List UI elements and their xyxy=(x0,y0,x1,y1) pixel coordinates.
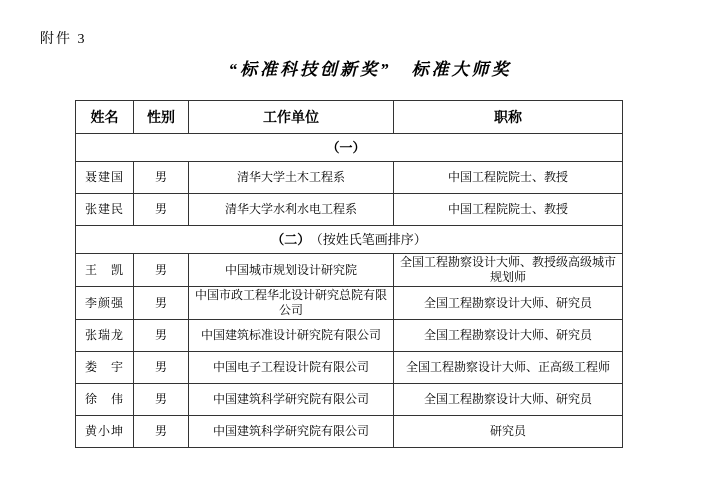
cell-name: 聂建国 xyxy=(76,162,134,194)
cell-title: 中国工程院院士、教授 xyxy=(394,162,623,194)
header-title: 职称 xyxy=(394,101,623,134)
table-row: 李颜强 男 中国市政工程华北设计研究总院有限公司 全国工程勘察设计大师、研究员 xyxy=(76,287,623,320)
header-unit: 工作单位 xyxy=(189,101,394,134)
cell-title: 全国工程勘察设计大师、研究员 xyxy=(394,320,623,352)
cell-title: 全国工程勘察设计大师、教授级高级城市规划师 xyxy=(394,254,623,287)
cell-name: 徐 伟 xyxy=(76,384,134,416)
section-row-2: （二）（按姓氏笔画排序） xyxy=(76,226,623,254)
cell-gender: 男 xyxy=(134,254,189,287)
document-page: { "page": { "attachment_label": "附件 3", … xyxy=(0,0,710,491)
section-1-cell: （一） xyxy=(76,134,623,162)
cell-unit: 中国城市规划设计研究院 xyxy=(189,254,394,287)
cell-unit: 中国市政工程华北设计研究总院有限公司 xyxy=(189,287,394,320)
cell-name: 张建民 xyxy=(76,194,134,226)
cell-title: 全国工程勘察设计大师、正高级工程师 xyxy=(394,352,623,384)
table-row: 徐 伟 男 中国建筑科学研究院有限公司 全国工程勘察设计大师、研究员 xyxy=(76,384,623,416)
document-title: “标准科技创新奖” 标准大师奖 xyxy=(0,55,710,80)
cell-name: 张瑞龙 xyxy=(76,320,134,352)
cell-title: 全国工程勘察设计大师、研究员 xyxy=(394,384,623,416)
cell-gender: 男 xyxy=(134,287,189,320)
table-header-row: 姓名 性别 工作单位 职称 xyxy=(76,101,623,134)
section-row-1: （一） xyxy=(76,134,623,162)
cell-title: 中国工程院院士、教授 xyxy=(394,194,623,226)
cell-gender: 男 xyxy=(134,352,189,384)
cell-unit: 清华大学水利水电工程系 xyxy=(189,194,394,226)
cell-title: 研究员 xyxy=(394,416,623,448)
table-row: 黄小坤 男 中国建筑科学研究院有限公司 研究员 xyxy=(76,416,623,448)
section-2-note: （按姓氏笔画排序） xyxy=(316,232,427,247)
cell-name: 黄小坤 xyxy=(76,416,134,448)
section-2-label: （二） xyxy=(271,232,310,247)
cell-gender: 男 xyxy=(134,416,189,448)
cell-gender: 男 xyxy=(134,194,189,226)
attachment-label: 附件 3 xyxy=(40,28,87,48)
table-row: 张瑞龙 男 中国建筑标准设计研究院有限公司 全国工程勘察设计大师、研究员 xyxy=(76,320,623,352)
cell-gender: 男 xyxy=(134,320,189,352)
cell-unit: 中国建筑标准设计研究院有限公司 xyxy=(189,320,394,352)
table-row: 娄 宇 男 中国电子工程设计院有限公司 全国工程勘察设计大师、正高级工程师 xyxy=(76,352,623,384)
cell-unit: 中国建筑科学研究院有限公司 xyxy=(189,384,394,416)
cell-title: 全国工程勘察设计大师、研究员 xyxy=(394,287,623,320)
table-row: 王 凯 男 中国城市规划设计研究院 全国工程勘察设计大师、教授级高级城市规划师 xyxy=(76,254,623,287)
header-name: 姓名 xyxy=(76,101,134,134)
awards-table: 姓名 性别 工作单位 职称 （一） 聂建国 男 清华大学土木工程系 中国工程院院… xyxy=(75,100,623,448)
cell-name: 王 凯 xyxy=(76,254,134,287)
cell-gender: 男 xyxy=(134,162,189,194)
cell-name: 李颜强 xyxy=(76,287,134,320)
cell-unit: 中国电子工程设计院有限公司 xyxy=(189,352,394,384)
table-row: 张建民 男 清华大学水利水电工程系 中国工程院院士、教授 xyxy=(76,194,623,226)
header-gender: 性别 xyxy=(134,101,189,134)
cell-name: 娄 宇 xyxy=(76,352,134,384)
table-row: 聂建国 男 清华大学土木工程系 中国工程院院士、教授 xyxy=(76,162,623,194)
section-2-cell: （二）（按姓氏笔画排序） xyxy=(76,226,623,254)
cell-unit: 清华大学土木工程系 xyxy=(189,162,394,194)
cell-unit: 中国建筑科学研究院有限公司 xyxy=(189,416,394,448)
section-1-label: （一） xyxy=(326,140,365,155)
cell-gender: 男 xyxy=(134,384,189,416)
